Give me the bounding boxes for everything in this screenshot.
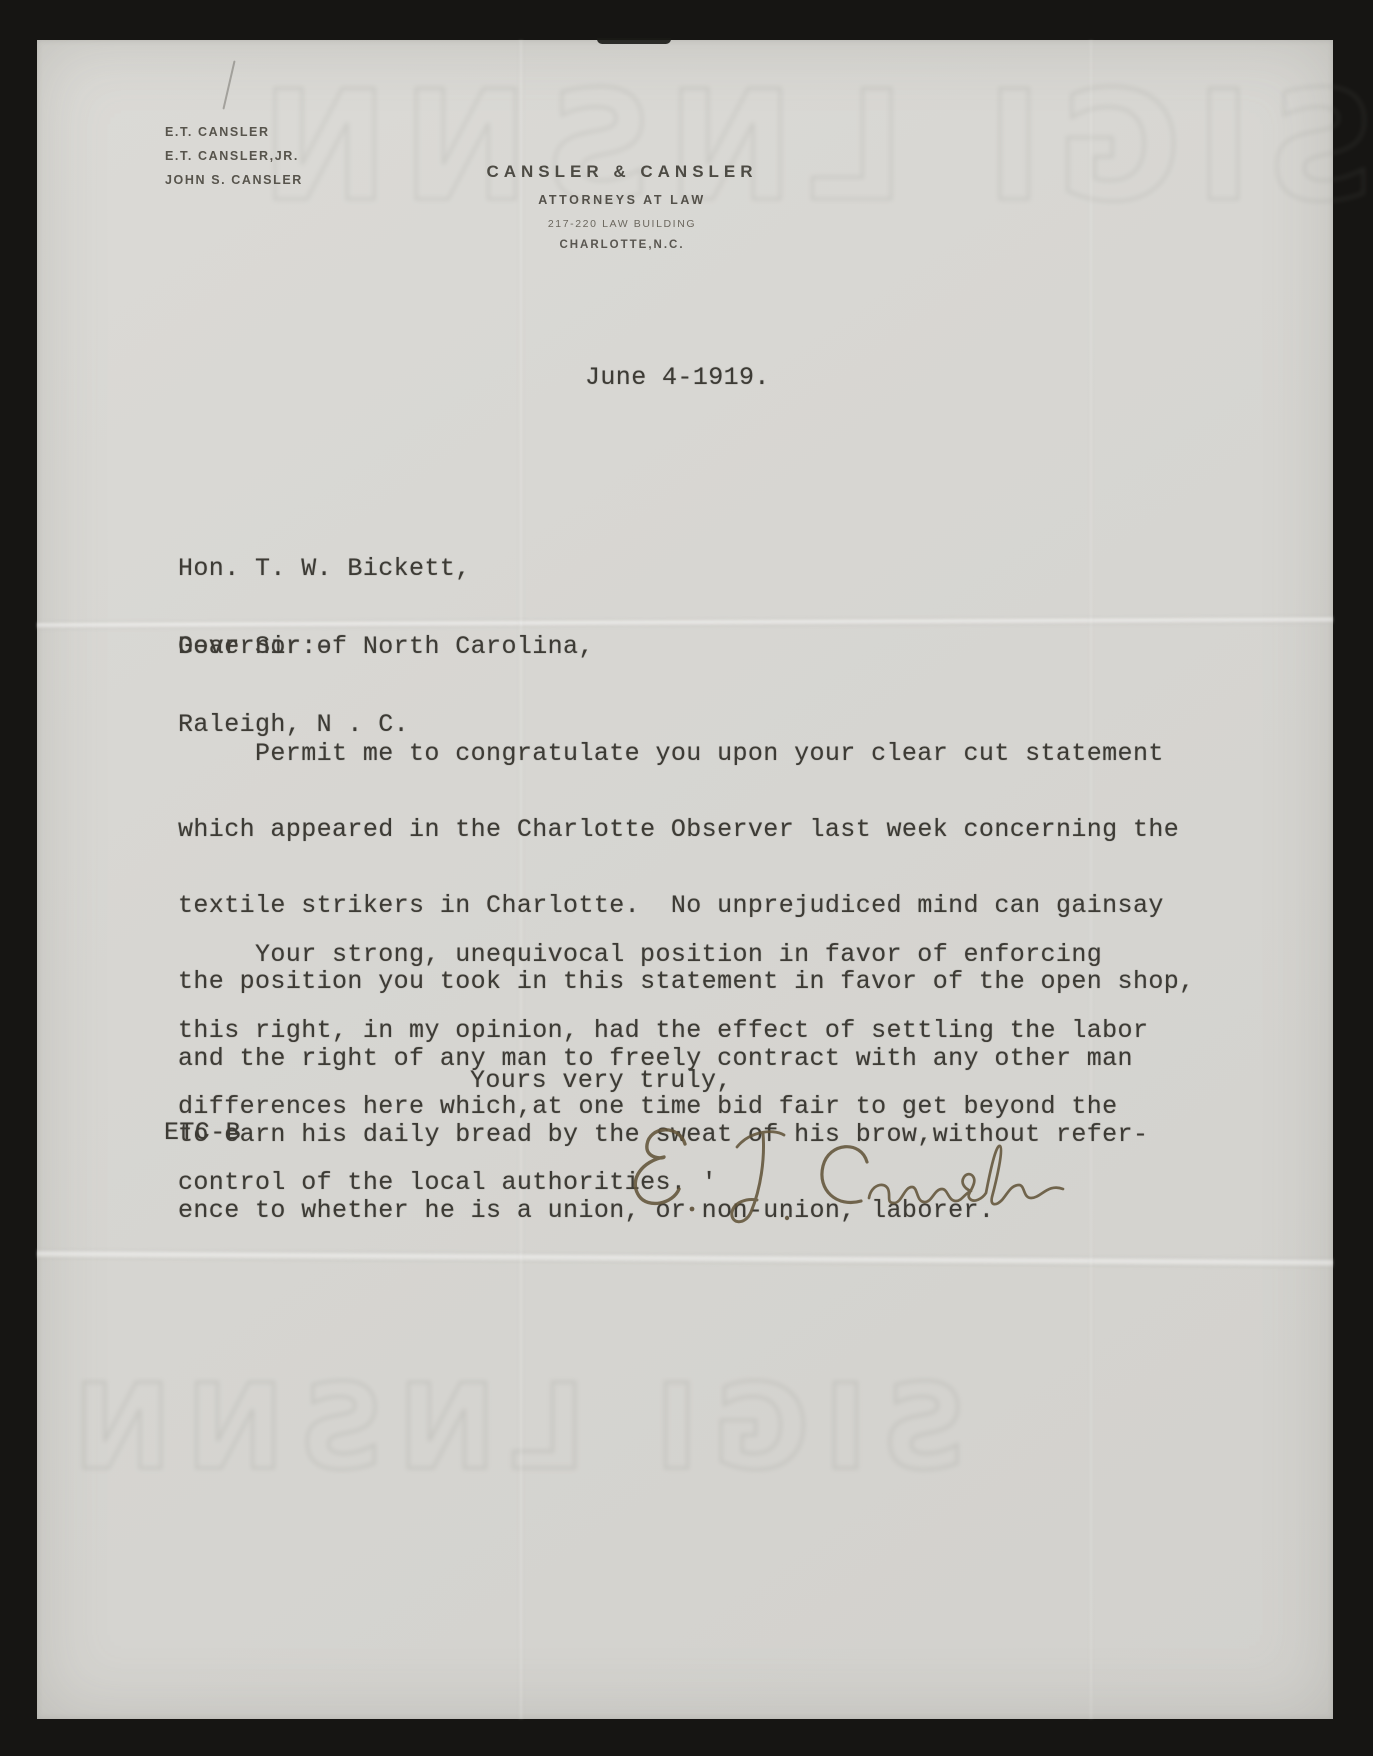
scan-background: { "page": { "background_color": "#161513… — [0, 0, 1373, 1756]
bleedthrough-text-bottom: SIGI LNSNN — [59, 1358, 966, 1496]
salutation: Dear Sir:- — [178, 634, 332, 659]
attorney-name-2: E.T. CANSLER,JR. — [165, 144, 303, 168]
date-line: June 4-1919. — [585, 365, 770, 390]
firm-name: CANSLER & CANSLER — [422, 162, 822, 182]
reference-initials: ETC-B — [164, 1120, 241, 1145]
attorney-name-1: E.T. CANSLER — [165, 120, 303, 144]
firm-address-city: CHARLOTTE,N.C. — [422, 239, 822, 251]
letter-paper: SIGI LNSNN SIGI LNSNN E.T. CANSLER E.T. … — [37, 40, 1333, 1719]
paragraph-line: this right, in my opinion, had the effec… — [178, 1018, 1148, 1043]
closing-line: Yours very truly, — [470, 1068, 732, 1093]
paper-edge-notch — [597, 38, 671, 44]
recipient-line-1: Hon. T. W. Bickett, — [178, 556, 594, 582]
paper-scratch-mark — [222, 60, 235, 109]
paragraph-line: Your strong, unequivocal position in fav… — [178, 942, 1148, 967]
firm-address-building: 217-220 LAW BUILDING — [422, 218, 822, 230]
attorney-name-3: JOHN S. CANSLER — [165, 168, 303, 192]
signature-ink — [597, 1112, 1067, 1244]
letterhead-attorney-list: E.T. CANSLER E.T. CANSLER,JR. JOHN S. CA… — [165, 120, 303, 192]
paragraph-line: which appeared in the Charlotte Observer… — [178, 817, 1195, 842]
letterhead-firm-block: CANSLER & CANSLER ATTORNEYS AT LAW 217-2… — [422, 162, 822, 251]
firm-subtitle: ATTORNEYS AT LAW — [422, 193, 822, 207]
paragraph-line: Permit me to congratulate you upon your … — [178, 741, 1195, 766]
signature — [597, 1112, 1067, 1244]
